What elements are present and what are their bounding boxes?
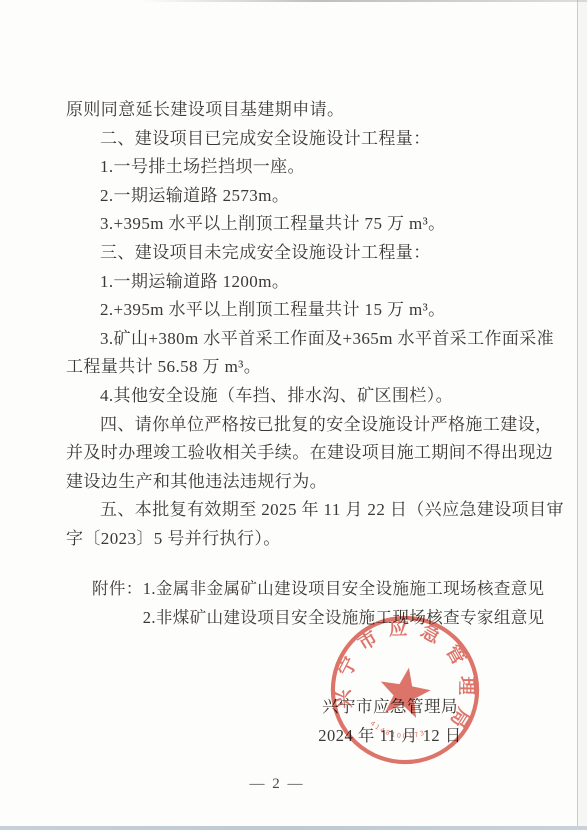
scan-edge-bottom — [0, 826, 587, 830]
attachments-label: 附件： — [92, 575, 143, 604]
seal-star-icon — [376, 663, 434, 719]
body-line: 1.一期运输道路 1200m。 — [66, 268, 526, 297]
body-line: 三、建设项目未完成安全设施设计工程量： — [66, 239, 526, 268]
body-line: 2.一期运输道路 2573m。 — [66, 182, 526, 211]
body-line: 2.+395m 水平以上削顶工程量共计 15 万 m³。 — [66, 296, 526, 325]
document-body: 原则同意延长建设项目基建期申请。 二、建设项目已完成安全设施设计工程量： 1.一… — [66, 96, 526, 554]
official-seal-stamp: 兴宁市应急管理局 4148100173 — [313, 598, 496, 781]
scan-edge-top — [140, 0, 587, 2]
scanned-document-page: 原则同意延长建设项目基建期申请。 二、建设项目已完成安全设施设计工程量： 1.一… — [0, 0, 587, 830]
body-line: 建设边生产和其他违法违规行为。 — [66, 468, 526, 497]
body-line: 原则同意延长建设项目基建期申请。 — [66, 96, 526, 125]
body-line: 字〔2023〕5 号并行执行）。 — [66, 525, 526, 554]
body-line: 1.一号排土场拦挡坝一座。 — [66, 153, 526, 182]
scan-edge-right — [577, 0, 578, 830]
body-line: 4.其他安全设施（车挡、排水沟、矿区围栏）。 — [66, 382, 526, 411]
page-number: — 2 — — [227, 776, 327, 793]
body-line: 3.矿山+380m 水平首采工作面及+365m 水平首采工作面采准 — [66, 325, 526, 354]
body-line: 五、本批复有效期至 2025 年 11 月 22 日（兴应急建设项目审 — [66, 496, 526, 525]
body-line: 3.+395m 水平以上削顶工程量共计 75 万 m³。 — [66, 210, 526, 239]
seal-code: 4148100173 — [367, 719, 428, 745]
body-line: 工程量共计 56.58 万 m³。 — [66, 353, 526, 382]
body-line: 并及时办理竣工验收相关手续。在建设项目施工期间不得出现边 — [66, 439, 526, 468]
body-line: 二、建设项目已完成安全设施设计工程量： — [66, 125, 526, 154]
scan-margin-right — [578, 0, 587, 830]
body-line: 四、请你单位严格按已批复的安全设施设计严格施工建设， — [66, 411, 526, 440]
